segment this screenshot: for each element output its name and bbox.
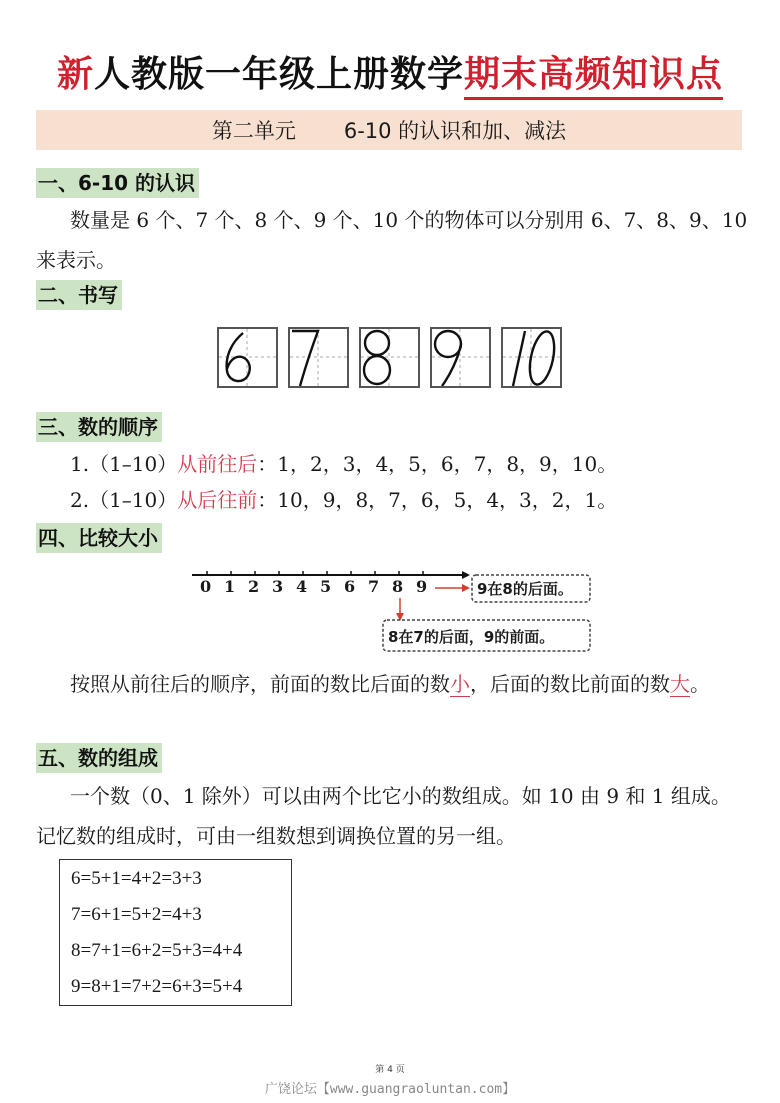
writing-cell-6 bbox=[217, 327, 278, 388]
order-item-1: 1.（1–10）从前往后：1，2，3，4，5，6，7，8，9，10。 bbox=[70, 444, 780, 484]
compare-paragraph: 按照从前往后的顺序，前面的数比后面的数小，后面的数比前面的数大。 bbox=[36, 664, 748, 704]
title-new: 新 bbox=[57, 53, 94, 95]
order-item-values: ：10，9，8，7，6，5，4，3，2，1。 bbox=[257, 488, 617, 512]
order-item-2: 2.（1–10）从后往前：10，9，8，7，6，5，4，3，2，1。 bbox=[70, 480, 780, 520]
number-line-diagram: 0 1 2 3 4 5 6 7 8 9 9在8的后面。 8在7的后面，9的前面。 bbox=[190, 563, 610, 663]
section-heading-5: 五、数的组成 bbox=[36, 743, 162, 773]
tick-label: 5 bbox=[320, 577, 344, 596]
composition-row: 8=7+1=6+2=5+3=4+4 bbox=[71, 940, 242, 962]
digit-writing-grid bbox=[217, 327, 562, 388]
unit-label: 第二单元 bbox=[212, 115, 296, 145]
tick-label: 4 bbox=[296, 577, 320, 596]
composition-box: 6=5+1=4+2=3+3 7=6+1=5+2=4+3 8=7+1=6+2=5+… bbox=[59, 859, 292, 1006]
number-line-ticks: 0 1 2 3 4 5 6 7 8 9 bbox=[200, 577, 440, 596]
tick-label: 0 bbox=[200, 577, 224, 596]
tick-label: 1 bbox=[224, 577, 248, 596]
writing-cell-10 bbox=[501, 327, 562, 388]
order-item-highlight: 从后往前 bbox=[177, 488, 257, 512]
section-5-paragraph: 一个数（0、1 除外）可以由两个比它小的数组成。如 10 由 9 和 1 组成。… bbox=[36, 776, 748, 856]
composition-row: 7=6+1=5+2=4+3 bbox=[71, 904, 202, 926]
tick-label: 9 bbox=[416, 577, 440, 596]
title-highlight: 期末高频知识点 bbox=[464, 53, 723, 100]
text-run: 。 bbox=[690, 672, 710, 696]
tick-label: 2 bbox=[248, 577, 272, 596]
text-run: ，后面的数比前面 bbox=[470, 672, 630, 696]
callout-between-7-9: 8在7的后面，9的前面。 bbox=[388, 626, 554, 647]
tick-label: 3 bbox=[272, 577, 296, 596]
tick-label: 6 bbox=[344, 577, 368, 596]
writing-cell-9 bbox=[430, 327, 491, 388]
page-title: 新人教版一年级上册数学期末高频知识点 bbox=[0, 50, 780, 98]
unit-banner: 第二单元 6-10 的认识和加、减法 bbox=[36, 110, 742, 150]
unit-topic: 6-10 的认识和加、减法 bbox=[344, 115, 566, 145]
order-item-values: ：1，2，3，4，5，6，7，8，9，10。 bbox=[257, 452, 617, 476]
order-item-highlight: 从前往后 bbox=[177, 452, 257, 476]
keyword-small: 小 bbox=[450, 672, 470, 697]
section-heading-3: 三、数的顺序 bbox=[36, 412, 162, 442]
page-number: 第 4 页 bbox=[0, 1062, 780, 1075]
keyword-big: 大 bbox=[670, 672, 690, 697]
composition-row: 6=5+1=4+2=3+3 bbox=[71, 868, 202, 890]
section-heading-2: 二、书写 bbox=[36, 280, 122, 310]
section-heading-1: 一、6-10 的认识 bbox=[36, 168, 199, 198]
title-main: 人教版一年级上册数学 bbox=[94, 53, 464, 95]
order-item-prefix: 1.（1–10） bbox=[70, 452, 177, 476]
order-item-prefix: 2.（1–10） bbox=[70, 488, 177, 512]
section-heading-4: 四、比较大小 bbox=[36, 523, 162, 553]
tick-label: 7 bbox=[368, 577, 392, 596]
text-run: 按照从前往后的顺序，前面的数比后面的数 bbox=[70, 672, 450, 696]
writing-cell-8 bbox=[359, 327, 420, 388]
writing-cell-7 bbox=[288, 327, 349, 388]
watermark: 广饶论坛【www.guangraoluntan.com】 bbox=[0, 1078, 780, 1097]
tick-label: 8 bbox=[392, 577, 416, 596]
composition-row: 9=8+1=7+2=6+3=5+4 bbox=[71, 976, 242, 998]
callout-after-8: 9在8的后面。 bbox=[477, 578, 573, 599]
section-1-paragraph: 数量是 6 个、7 个、8 个、9 个、10 个的物体可以分别用 6、7、8、9… bbox=[36, 200, 748, 280]
text-run: 的数 bbox=[630, 672, 670, 696]
